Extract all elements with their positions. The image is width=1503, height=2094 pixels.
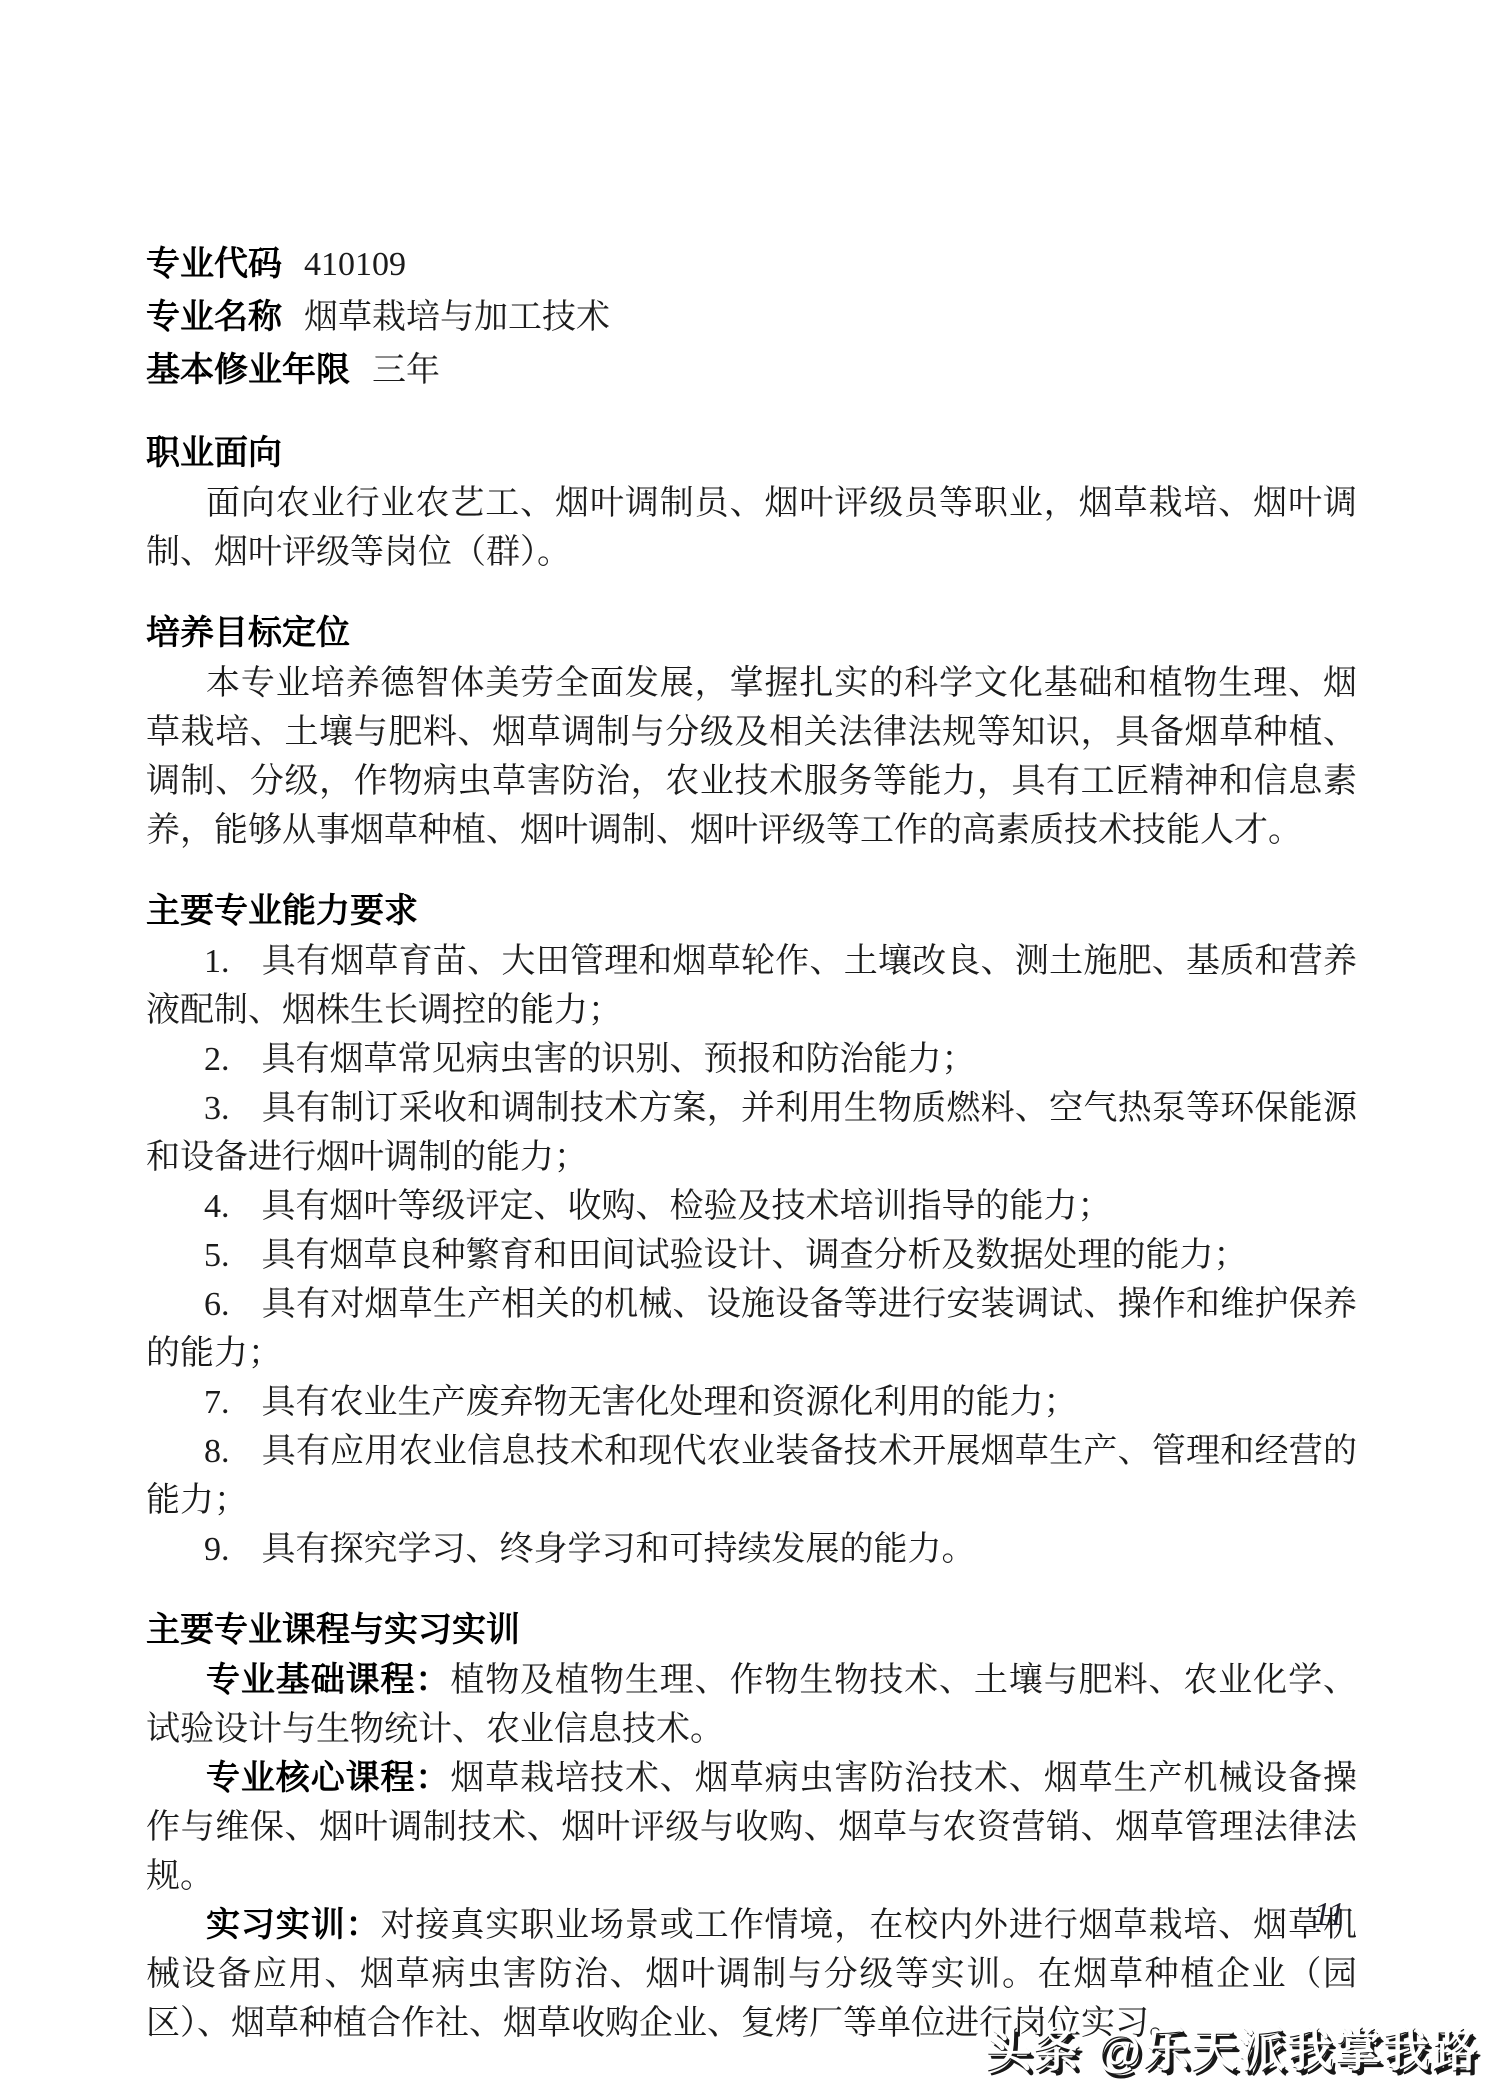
- field-label-name: 专业名称: [146, 298, 282, 336]
- paragraph-goal: 本专业培养德智体美劳全面发展，掌握扎实的科学文化基础和植物生理、烟草栽培、土壤与…: [146, 659, 1357, 855]
- ability-item-number: 9.: [204, 1531, 230, 1568]
- ability-item-8: 8.具有应用农业信息技术和现代农业装备技术开展烟草生产、管理和经营的能力；: [146, 1427, 1357, 1525]
- ability-item-text: 具有烟草育苗、大田管理和烟草轮作、土壤改良、测土施肥、基质和营养液配制、烟株生长…: [146, 943, 1357, 1029]
- field-row-code: 专业代码410109: [146, 238, 1357, 291]
- field-row-name: 专业名称烟草栽培与加工技术: [146, 291, 1357, 344]
- program-info: 专业代码410109 专业名称烟草栽培与加工技术 基本修业年限三年: [146, 238, 1357, 397]
- ability-item-2: 2.具有烟草常见病虫害的识别、预报和防治能力；: [146, 1035, 1357, 1084]
- ability-item-text: 具有烟草良种繁育和田间试验设计、调查分析及数据处理的能力；: [262, 1237, 1248, 1274]
- field-row-duration: 基本修业年限三年: [146, 344, 1357, 397]
- ability-item-text: 具有烟草常见病虫害的识别、预报和防治能力；: [262, 1041, 976, 1078]
- section-heading-goal: 培养目标定位: [146, 607, 1357, 659]
- ability-item-1: 1.具有烟草育苗、大田管理和烟草轮作、土壤改良、测土施肥、基质和营养液配制、烟株…: [146, 937, 1357, 1035]
- course-lead-basic: 专业基础课程：: [206, 1661, 450, 1699]
- ability-item-number: 2.: [204, 1041, 230, 1078]
- section-heading-abilities: 主要专业能力要求: [146, 885, 1357, 937]
- ability-item-7: 7.具有农业生产废弃物无害化处理和资源化利用的能力；: [146, 1378, 1357, 1427]
- page-number: 11: [1314, 1896, 1345, 1934]
- course-paragraph-core: 专业核心课程：烟草栽培技术、烟草病虫害防治技术、烟草生产机械设备操作与维保、烟叶…: [146, 1754, 1357, 1901]
- field-value-duration: 三年: [372, 352, 440, 389]
- field-value-code: 410109: [304, 246, 406, 283]
- document-content: 专业代码410109 专业名称烟草栽培与加工技术 基本修业年限三年 职业面向 面…: [146, 238, 1357, 2048]
- document-page: 专业代码410109 专业名称烟草栽培与加工技术 基本修业年限三年 职业面向 面…: [0, 0, 1503, 2094]
- ability-item-text: 具有应用农业信息技术和现代农业装备技术开展烟草生产、管理和经营的能力；: [146, 1433, 1357, 1519]
- ability-item-3: 3.具有制订采收和调制技术方案，并利用生物质燃料、空气热泵等环保能源和设备进行烟…: [146, 1084, 1357, 1182]
- field-label-code: 专业代码: [146, 245, 282, 283]
- ability-item-number: 5.: [204, 1237, 230, 1274]
- ability-item-number: 3.: [204, 1090, 230, 1127]
- field-label-duration: 基本修业年限: [146, 351, 350, 389]
- ability-item-number: 4.: [204, 1188, 230, 1225]
- paragraph-career: 面向农业行业农艺工、烟叶调制员、烟叶评级员等职业，烟草栽培、烟叶调制、烟叶评级等…: [146, 479, 1357, 577]
- field-value-name: 烟草栽培与加工技术: [304, 299, 610, 336]
- ability-item-text: 具有烟叶等级评定、收购、检验及技术培训指导的能力；: [262, 1188, 1112, 1225]
- ability-item-number: 1.: [204, 943, 230, 980]
- watermark: 头条 @乐天派我掌我路: [985, 2014, 1479, 2080]
- ability-item-text: 具有探究学习、终身学习和可持续发展的能力。: [262, 1531, 976, 1568]
- ability-item-5: 5.具有烟草良种繁育和田间试验设计、调查分析及数据处理的能力；: [146, 1231, 1357, 1280]
- ability-item-text: 具有对烟草生产相关的机械、设施设备等进行安装调试、操作和维护保养的能力；: [146, 1286, 1357, 1372]
- ability-item-text: 具有农业生产废弃物无害化处理和资源化利用的能力；: [262, 1384, 1078, 1421]
- ability-item-6: 6.具有对烟草生产相关的机械、设施设备等进行安装调试、操作和维护保养的能力；: [146, 1280, 1357, 1378]
- section-heading-career: 职业面向: [146, 427, 1357, 479]
- ability-item-number: 8.: [204, 1433, 230, 1470]
- ability-item-text: 具有制订采收和调制技术方案，并利用生物质燃料、空气热泵等环保能源和设备进行烟叶调…: [146, 1090, 1357, 1176]
- ability-item-4: 4.具有烟叶等级评定、收购、检验及技术培训指导的能力；: [146, 1182, 1357, 1231]
- ability-item-number: 6.: [204, 1286, 230, 1323]
- ability-item-number: 7.: [204, 1384, 230, 1421]
- course-lead-practice: 实习实训：: [206, 1906, 381, 1944]
- ability-item-9: 9.具有探究学习、终身学习和可持续发展的能力。: [146, 1525, 1357, 1574]
- course-lead-core: 专业核心课程：: [206, 1759, 450, 1797]
- section-heading-courses: 主要专业课程与实习实训: [146, 1604, 1357, 1656]
- course-paragraph-basic: 专业基础课程：植物及植物生理、作物生物技术、土壤与肥料、农业化学、试验设计与生物…: [146, 1656, 1357, 1754]
